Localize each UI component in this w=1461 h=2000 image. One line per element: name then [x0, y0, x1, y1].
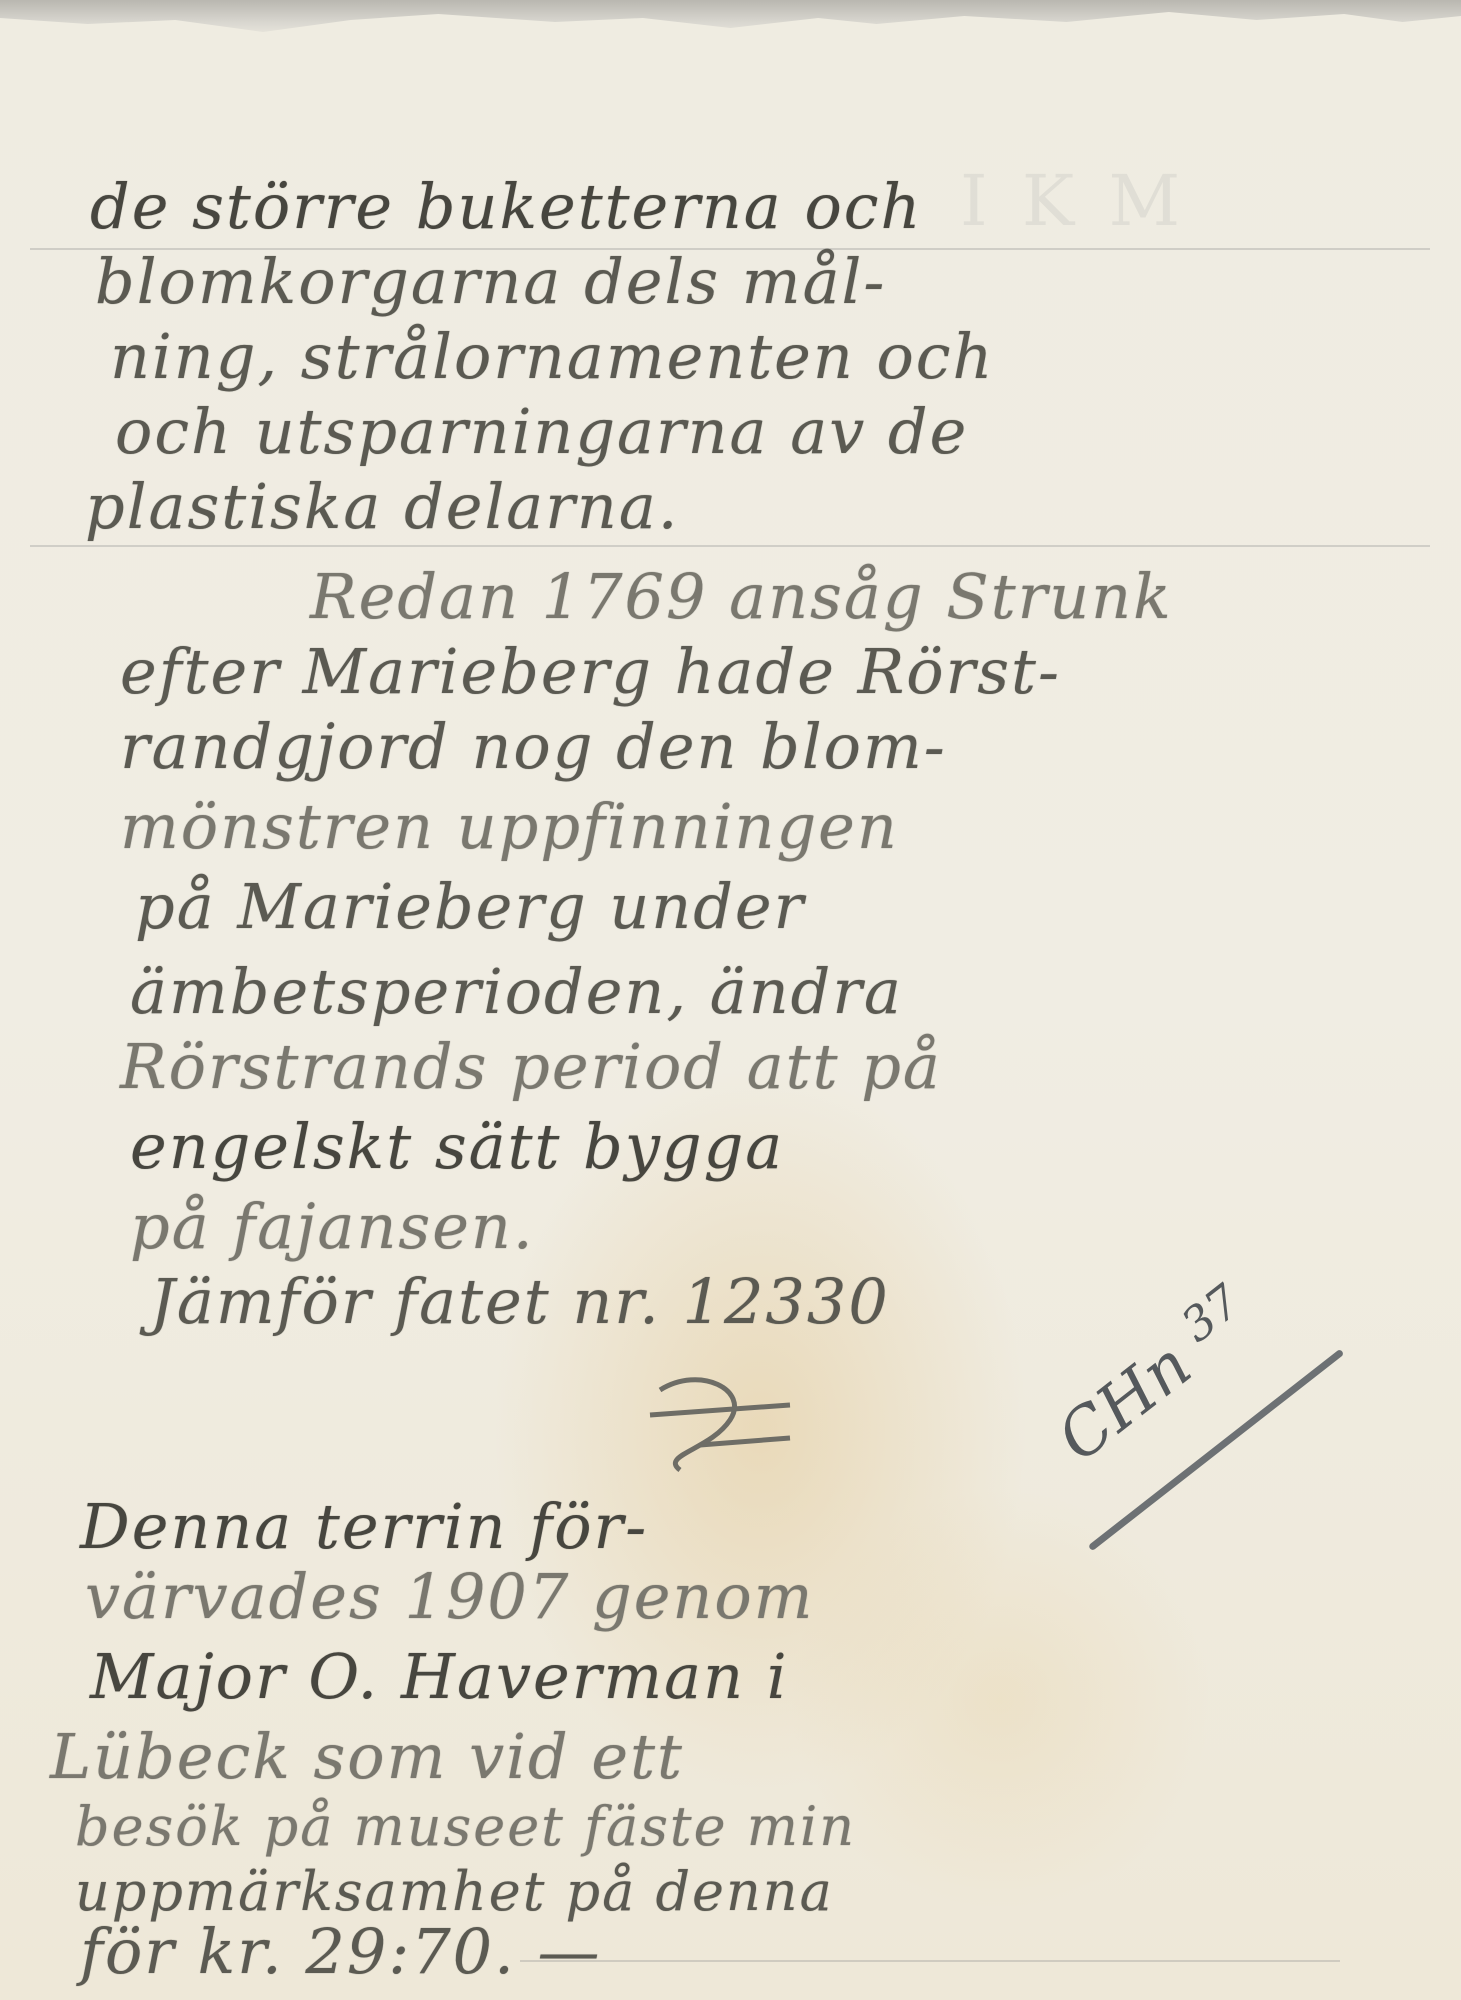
- text-line: på fajansen.: [130, 1190, 535, 1263]
- text-line: de större buketterna och: [90, 170, 922, 243]
- text-line: Rörstrands period att på: [120, 1030, 942, 1103]
- text-line: Denna terrin för-: [80, 1490, 648, 1563]
- text-line: engelskt sätt bygga: [130, 1110, 784, 1183]
- text-line: Major O. Haverman i: [90, 1640, 789, 1713]
- text-line: och utsparningarna av de: [115, 395, 968, 468]
- text-line: Lübeck som vid ett: [50, 1720, 684, 1793]
- text-line: blomkorgarna dels mål-: [95, 245, 886, 318]
- text-line: plastiska delarna.: [85, 470, 680, 543]
- text-line: ning, strålornamenten och: [110, 320, 994, 393]
- signature: CHn 37: [1040, 1274, 1267, 1477]
- flourish-ornament-icon: [640, 1370, 800, 1480]
- handwritten-document-page: I K M de större buketterna och blomkorga…: [0, 0, 1461, 2000]
- signature-initials: CHn: [1044, 1328, 1205, 1476]
- text-line: mönstren uppfinningen: [120, 790, 899, 863]
- signature-year: 37: [1171, 1274, 1250, 1353]
- reference-line: Jämför fatet nr. 12330: [150, 1265, 890, 1338]
- ruled-line: [520, 1960, 1340, 1962]
- text-line: efter Marieberg hade Rörst-: [120, 635, 1061, 708]
- text-line: värvades 1907 genom: [85, 1560, 814, 1633]
- text-line: uppmärksamhet på denna: [75, 1860, 834, 1923]
- text-line: besök på museet fäste min: [75, 1795, 856, 1858]
- text-line: ämbetsperioden, ändra: [130, 955, 903, 1028]
- text-line: randgjord nog den blom-: [120, 710, 947, 783]
- torn-paper-edge: [0, 0, 1461, 40]
- text-line: på Marieberg under: [135, 870, 805, 943]
- text-line: för kr. 29:70. —: [80, 1915, 602, 1988]
- bleed-through-print: I K M: [960, 160, 1186, 242]
- text-line: Redan 1769 ansåg Strunk: [310, 560, 1173, 633]
- ruled-line: [30, 545, 1430, 547]
